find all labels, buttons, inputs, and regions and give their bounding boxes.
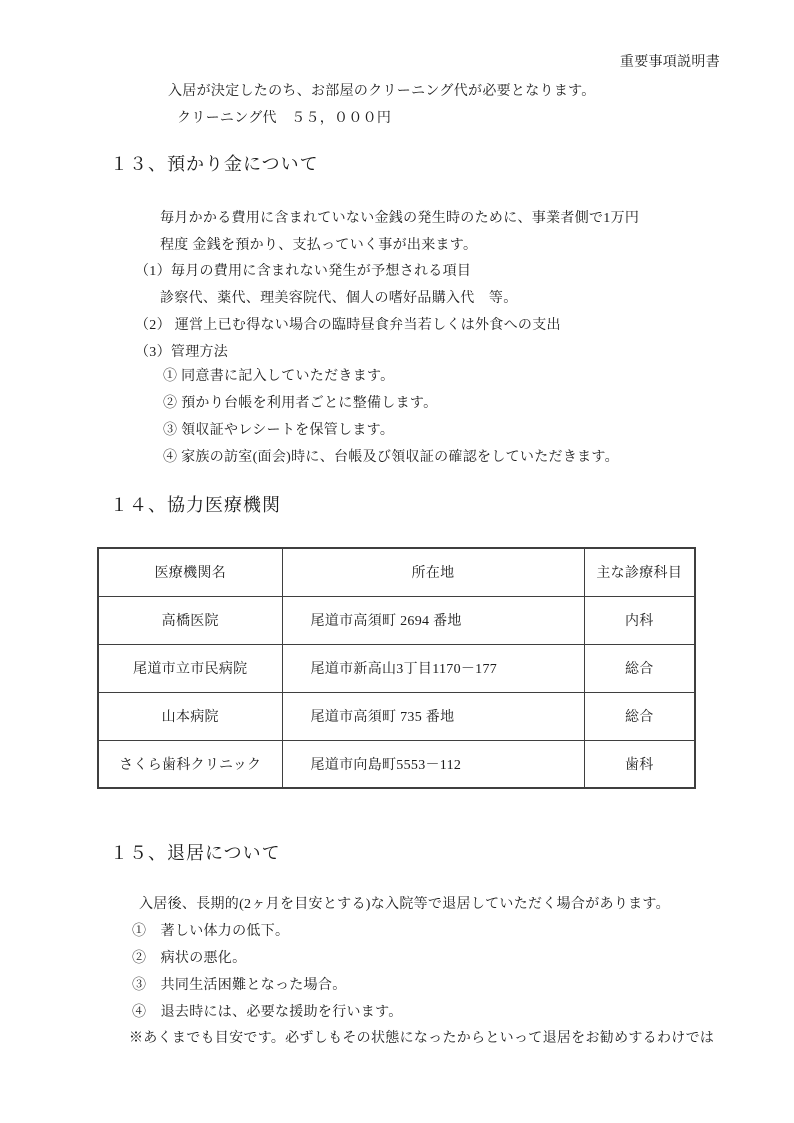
section15-paragraph: 入居後、長期的(2ヶ月を目安とする)な入院等で退居していただく場合があります。 [139, 895, 670, 915]
table-header-row: 医療機関名 所在地 主な診療科目 [98, 548, 695, 596]
section13-item1: （1）毎月の費用に含まれない発生が予想される項目 [135, 262, 471, 282]
section15-item-3: ③ 共同生活困難となった場合。 [132, 976, 347, 996]
institution-department: 総合 [584, 644, 695, 692]
section13-item2: （2） 運営上已む得ない場合の臨時昼食弁当若しくは外食への支出 [135, 316, 561, 336]
document-type-label: 重要事項説明書 [620, 53, 720, 73]
section13-step-3: ③ 領収証やレシートを保管します。 [163, 421, 394, 441]
institution-department: 歯科 [584, 740, 695, 788]
cleaning-fee-amount-line: クリーニング代 ５５，０００円 [177, 109, 391, 129]
section13-paragraph-line1: 毎月かかる費用に含まれていない金銭の発生時のために、事業者側で1万円 [160, 209, 639, 229]
section14-heading: １４、協力医療機関 [110, 492, 281, 518]
institution-name: 尾道市立市民病院 [98, 644, 282, 692]
table-row: さくら歯科クリニック 尾道市向島町5553－112 歯科 [98, 740, 695, 788]
section13-item3: （3）管理方法 [135, 343, 228, 363]
header-institution-name: 医療機関名 [98, 548, 282, 596]
section15-item-2: ② 病状の悪化。 [132, 949, 246, 969]
header-location: 所在地 [282, 548, 584, 596]
section13-step-2: ② 預かり台帳を利用者ごとに整備します。 [163, 394, 437, 414]
section15-heading: １５、退居について [110, 840, 281, 866]
table-row: 高橋医院 尾道市高須町 2694 番地 内科 [98, 596, 695, 644]
institution-department: 内科 [584, 596, 695, 644]
institution-address: 尾道市高須町 735 番地 [282, 692, 584, 740]
section15-item-1: ① 著しい体力の低下。 [132, 922, 289, 942]
section15-item-4: ④ 退去時には、必要な援助を行います。 [132, 1003, 403, 1023]
medical-institutions-table: 医療機関名 所在地 主な診療科目 高橋医院 尾道市高須町 2694 番地 内科 … [97, 547, 696, 789]
cleaning-fee-intro-line: 入居が決定したのち、お部屋のクリーニング代が必要となります。 [168, 82, 596, 102]
section13-heading: １３、預かり金について [110, 151, 319, 177]
section13-step-1: ① 同意書に記入していただきます。 [163, 367, 394, 387]
section13-step-4: ④ 家族の訪室(面会)時に、台帳及び領収証の確認をしていただきます。 [163, 448, 619, 468]
table-row: 山本病院 尾道市高須町 735 番地 総合 [98, 692, 695, 740]
section15-note: ※あくまでも目安です。必ずしもその状態になったからといって退居をお勧めするわけで… [129, 1029, 714, 1049]
document-page: 重要事項説明書 入居が決定したのち、お部屋のクリーニング代が必要となります。 ク… [0, 0, 794, 1123]
section13-paragraph-line2: 程度 金銭を預かり、支払っていく事が出来ます。 [160, 236, 477, 256]
institution-address: 尾道市向島町5553－112 [282, 740, 584, 788]
table-row: 尾道市立市民病院 尾道市新高山3丁目1170－177 総合 [98, 644, 695, 692]
section13-item1-detail: 診察代、薬代、理美容院代、個人の嗜好品購入代 等。 [160, 289, 518, 309]
institution-name: 山本病院 [98, 692, 282, 740]
institution-department: 総合 [584, 692, 695, 740]
institution-address: 尾道市高須町 2694 番地 [282, 596, 584, 644]
header-department: 主な診療科目 [584, 548, 695, 596]
institution-name: 高橋医院 [98, 596, 282, 644]
institution-address: 尾道市新高山3丁目1170－177 [282, 644, 584, 692]
institution-name: さくら歯科クリニック [98, 740, 282, 788]
